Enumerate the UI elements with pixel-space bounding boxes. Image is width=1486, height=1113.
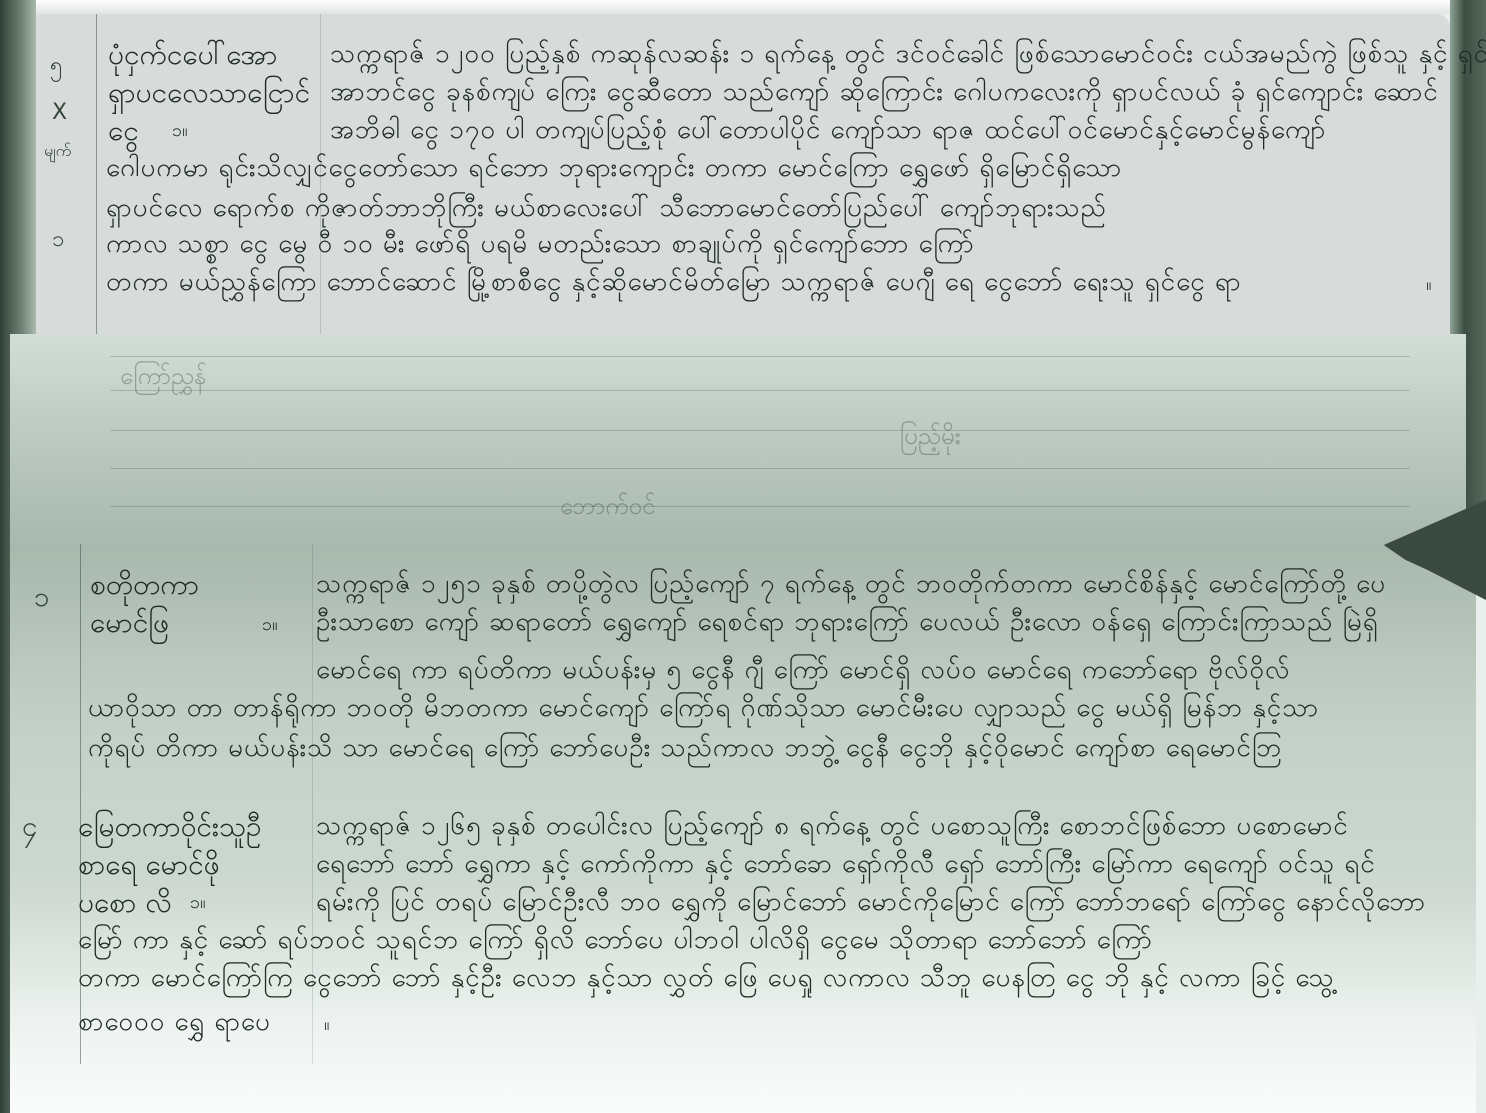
body-line: စာဝေဝဝ ရွှေ ရာပေ [78, 1004, 271, 1043]
margin-mark: ၁ [34, 578, 50, 620]
entry-heading: ရှာပငလေသာငြောင် [108, 74, 310, 116]
body-line: ရှာပင်လေ ရောက်စ ကိုဇာတ်ဘာဘိုကြီး မယ်စာလေ… [106, 190, 1107, 229]
margin-mark: မျက် [44, 140, 71, 164]
entry-number: ၁။ [172, 118, 188, 145]
ruled-line [110, 468, 1410, 469]
body-line: သက္ကရာဇ် ၁၂၆၅ ခုနှစ် တပေါင်းလ ပြည့်ကျော်… [316, 808, 1349, 847]
ruled-line [110, 506, 1410, 507]
body-line: သက္ကရာဇ် ၁၂၅၁ ခုနှစ် တပို့တွဲလ ပြည့်ကျော… [316, 566, 1386, 605]
entry-heading: မြေတကာဝိုင်းသူဦ [78, 808, 262, 850]
body-line: ရေဘော် ဘော် ရွှေကာ နှင့် ကော်ကိုကာ နှင့်… [316, 846, 1376, 885]
body-line: ဦးသာစော ကျော် ဆရာတော် ရွှေကျော် ရေစင်ရာ … [316, 604, 1379, 643]
entry-heading: ပုံငှက်ငပေါ်အော [108, 36, 278, 78]
body-line: တကာ မောင်ကြော်ကြ ငွေဘော် ဘော် နှင့်ဦး လေ… [78, 960, 1335, 999]
margin-mark: ၄ [22, 808, 38, 850]
ruled-line [110, 390, 1410, 391]
faded-text: ကြော်ညွှန် [120, 360, 207, 396]
body-line: ကာလ သစ္စာ ငွေ မွေ ဝီ ၁၀ မီး ဖော်ရိ ပရမိ … [106, 226, 975, 265]
body-line: ဂေါပကမာ ရုင်းသိလျှင်ငွေတော်သော ရင်ဘော ဘု… [106, 150, 1122, 189]
body-line: မောင်ရေ ကာ ရပ်တိကာ မယ်ပန်းမှ ၅ ငွေနီ ဂျီ… [316, 652, 1290, 691]
scan-frame-top [0, 0, 1486, 14]
margin-mark: ၅ [50, 50, 62, 83]
body-line: သက္ကရာဇ် ၁၂၀၀ ပြည့်နှစ် ကဆုန်လဆန်း ၁ ရက်… [330, 36, 1486, 75]
entry-heading: စာရေ မောင်ဖို [78, 846, 220, 888]
end-mark: ။ [324, 1012, 329, 1039]
entry-number: ၁။ [190, 890, 206, 917]
body-line: ကိုရပ် တိကာ မယ်ပန်းသိ သာ မောင်ရေ ကြော် ဘ… [88, 730, 1282, 769]
ruled-line [110, 356, 1410, 357]
entry-heading: စတိုတကာ [90, 566, 199, 608]
margin-mark: ၁ [52, 224, 64, 257]
body-line: မြော် ကာ နှင့် ဆော် ရပ်ဘဝင် သူရင်ဘ ကြော်… [78, 922, 1153, 961]
end-mark: ။ [1426, 272, 1431, 299]
body-line: တကာ မယ်ညွှန်ကြော ဘောင်ဆောင် မြို့စာစီငွေ… [106, 264, 1242, 303]
faded-text: ပြည့်မိုး [900, 420, 961, 456]
entry-heading: ငွေ [108, 112, 139, 154]
entry-heading: မောင်ဖြ [90, 604, 169, 646]
body-line: ယာဝိုသာ တာ တာန်ရိုကာ ဘဝတို မိဘတကာ မောင်က… [88, 690, 1319, 729]
margin-mark: X [52, 100, 67, 125]
body-line: ရမ်းကို ပြင် တရပ် မြောင်ဦးလီ ဘဝ ရွှေကို … [316, 884, 1426, 923]
body-line: အာဘင်ငွေ ခုနစ်ကျပ် ကြေး ငွေဆီတော သည်ကျော… [330, 74, 1439, 113]
ruled-line [110, 430, 1410, 431]
faded-text: ဘောက်ဝင် [560, 490, 655, 526]
body-line: အဘိဓါ ငွေ ၁၇၀ ပါ တကျပ်ပြည့်စုံ ပေါ်တောပါ… [330, 112, 1326, 151]
manuscript-section-2-faded [10, 334, 1466, 544]
entry-heading: ပစော လိ [78, 884, 172, 926]
entry-number: ၁။ [262, 612, 278, 639]
